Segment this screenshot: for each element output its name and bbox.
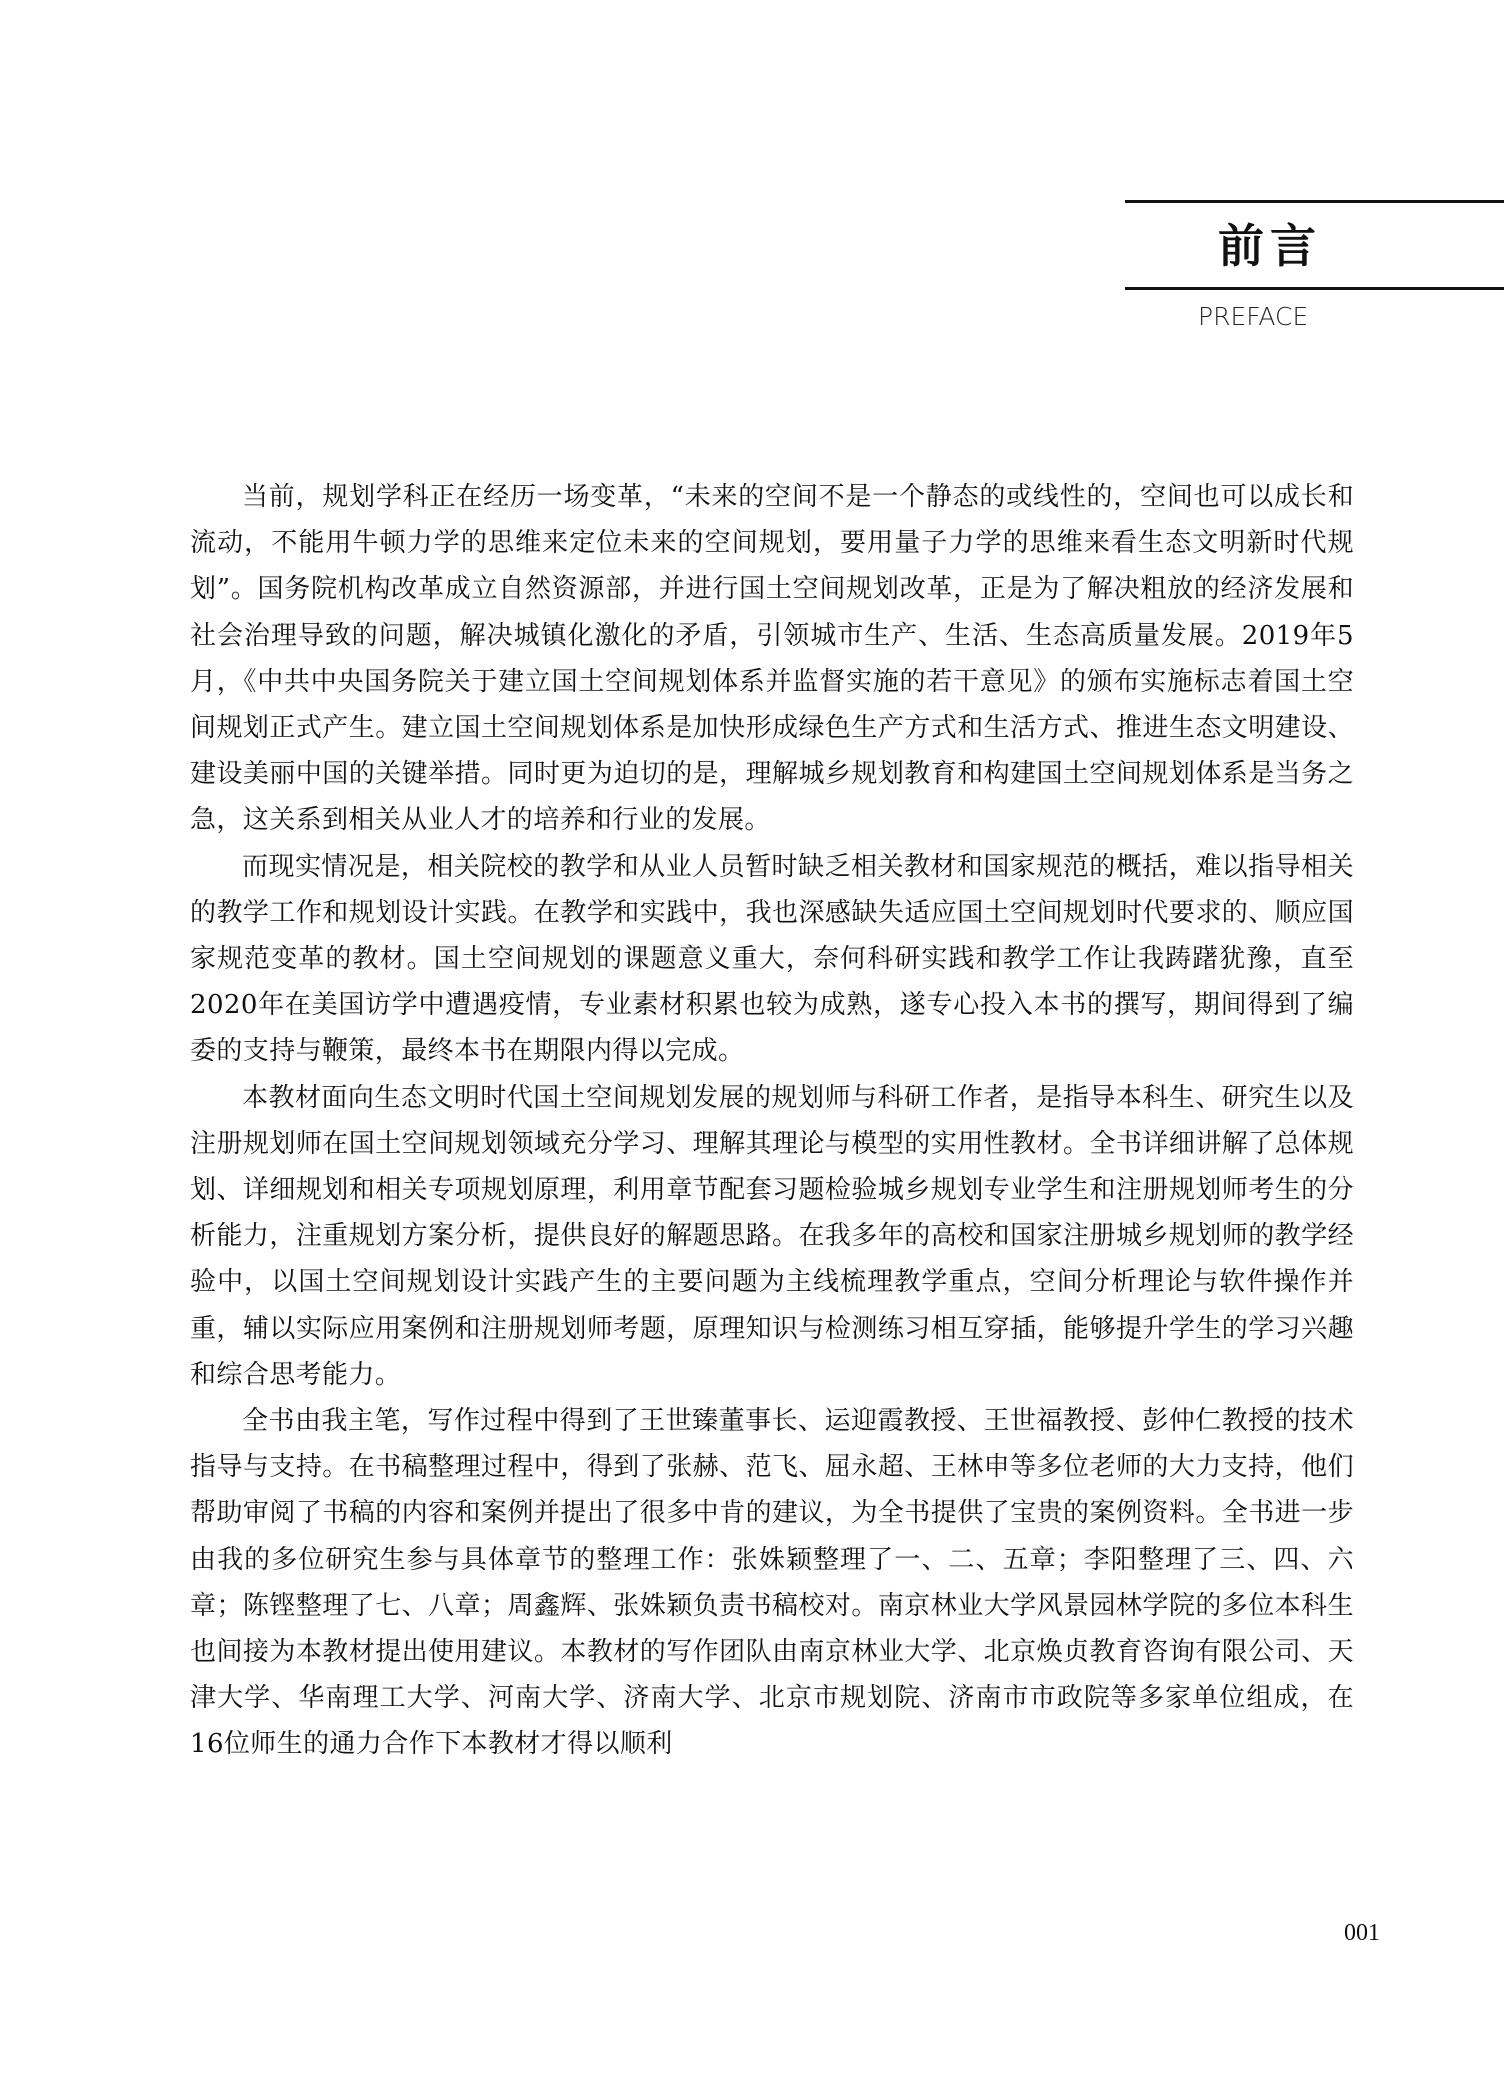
- header-top-rule: [1125, 200, 1504, 203]
- paragraph: 当前，规划学科正在经历一场变革，“未来的空间不是一个静态的或线性的，空间也可以成…: [190, 474, 1354, 844]
- page-title: 前言: [1218, 216, 1322, 276]
- body-text: 当前，规划学科正在经历一场变革，“未来的空间不是一个静态的或线性的，空间也可以成…: [190, 474, 1354, 1768]
- page-subtitle: PREFACE: [1198, 302, 1308, 331]
- page-number: 001: [1344, 1920, 1380, 1947]
- header-bottom-rule: [1125, 287, 1504, 290]
- paragraph: 本教材面向生态文明时代国土空间规划发展的规划师与科研工作者，是指导本科生、研究生…: [190, 1075, 1354, 1398]
- paragraph: 全书由我主笔，写作过程中得到了王世臻董事长、运迎霞教授、王世福教授、彭仲仁教授的…: [190, 1398, 1354, 1768]
- paragraph: 而现实情况是，相关院校的教学和从业人员暂时缺乏相关教材和国家规范的概括，难以指导…: [190, 844, 1354, 1075]
